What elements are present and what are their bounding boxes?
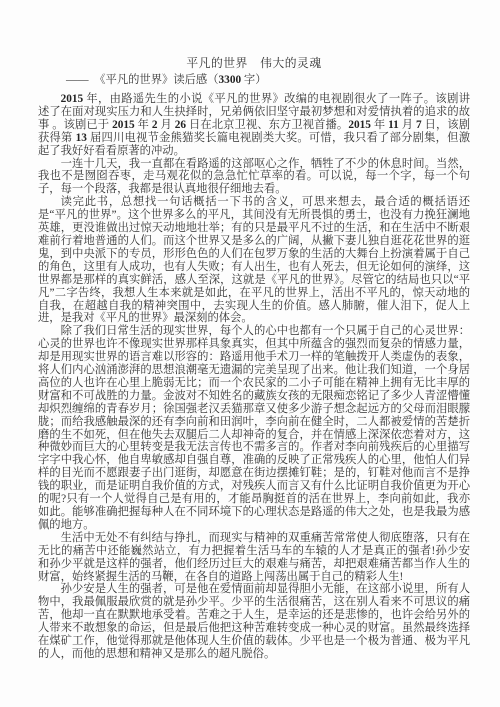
bold-text-run: 13 <box>76 132 87 144</box>
text-run: 年 <box>371 119 388 131</box>
bold-text-run: 26 <box>175 119 186 131</box>
paragraph: 读完此书，总想找一句话概括一下书的含义，可思来想去，最合适的概括语还是“平凡的世… <box>38 196 470 325</box>
text-run: 日在北京卫视、东方卫视首播。 <box>186 119 348 131</box>
bold-text-run: 2015 <box>61 93 84 105</box>
document-page: 平凡的世界 伟大的灵魂 —— 《平凡的世界》读后感（3300 字） 2015 年… <box>0 0 500 707</box>
text-run: 生活中无处不有纠结与挣扎，而现实与精神的双重痛苦常常使人彻底堕落，只有在无比的痛… <box>38 532 470 583</box>
text-run: —— 《平凡的世界》读后感（ <box>66 74 219 86</box>
text-run: 孙少安是人生的强者，可是他在爱情面前却显得胆小无能，在这部小说里，所有人物中，我… <box>38 583 470 660</box>
text-run: 月 <box>399 119 416 131</box>
paragraph: 生活中无处不有纠结与挣扎，而现实与精神的双重痛苦常常使人彻底堕落，只有在无比的痛… <box>38 532 470 584</box>
paragraph: 除了我们日常生活的现实世界，每个人的心中也都有一个只属于自己的心灵世界：心灵的世… <box>38 325 470 532</box>
text-run: 届四川电视节金熊猫奖长篇电视剧类大奖。可惜，我只看了部分剧集，但激起了我好好看看… <box>38 132 470 157</box>
bold-text-run: 2015 <box>348 119 371 131</box>
bold-text-run: 2015 <box>112 119 135 131</box>
text-run: 读完此书，总想找一句话概括一下书的含义，可思来想去，最合适的概括语还是“平凡的世… <box>38 196 470 324</box>
bold-text-run: 3300 <box>219 74 242 86</box>
text-run: 字） <box>241 74 266 86</box>
paragraph: 孙少安是人生的强者，可是他在爱情面前却显得胆小无能，在这部小说里，所有人物中，我… <box>38 583 470 660</box>
text-run: 月 <box>158 119 175 131</box>
paragraph: 一连十几天，我一直都在看路遥的这部呕心之作，牺牲了不少的休息时间。当然，我也不是… <box>38 158 470 197</box>
text-run: 除了我们日常生活的现实世界，每个人的心中也都有一个只属于自己的心灵世界：心灵的世… <box>38 325 470 531</box>
document-body: 2015 年，由路遥先生的小说《平凡的世界》改编的电视剧很火了一阵子。该剧讲述了… <box>38 93 470 661</box>
paragraph: 2015 年，由路遥先生的小说《平凡的世界》改编的电视剧很火了一阵子。该剧讲述了… <box>38 93 470 158</box>
document-title: 平凡的世界 伟大的灵魂 <box>38 56 470 71</box>
text-run: 一连十几天，我一直都在看路遥的这部呕心之作，牺牲了不少的休息时间。当然，我也不是… <box>38 158 470 196</box>
bold-text-run: 11 <box>388 119 399 131</box>
document-subtitle: —— 《平凡的世界》读后感（3300 字） <box>38 73 470 87</box>
text-run: 年 <box>135 119 152 131</box>
